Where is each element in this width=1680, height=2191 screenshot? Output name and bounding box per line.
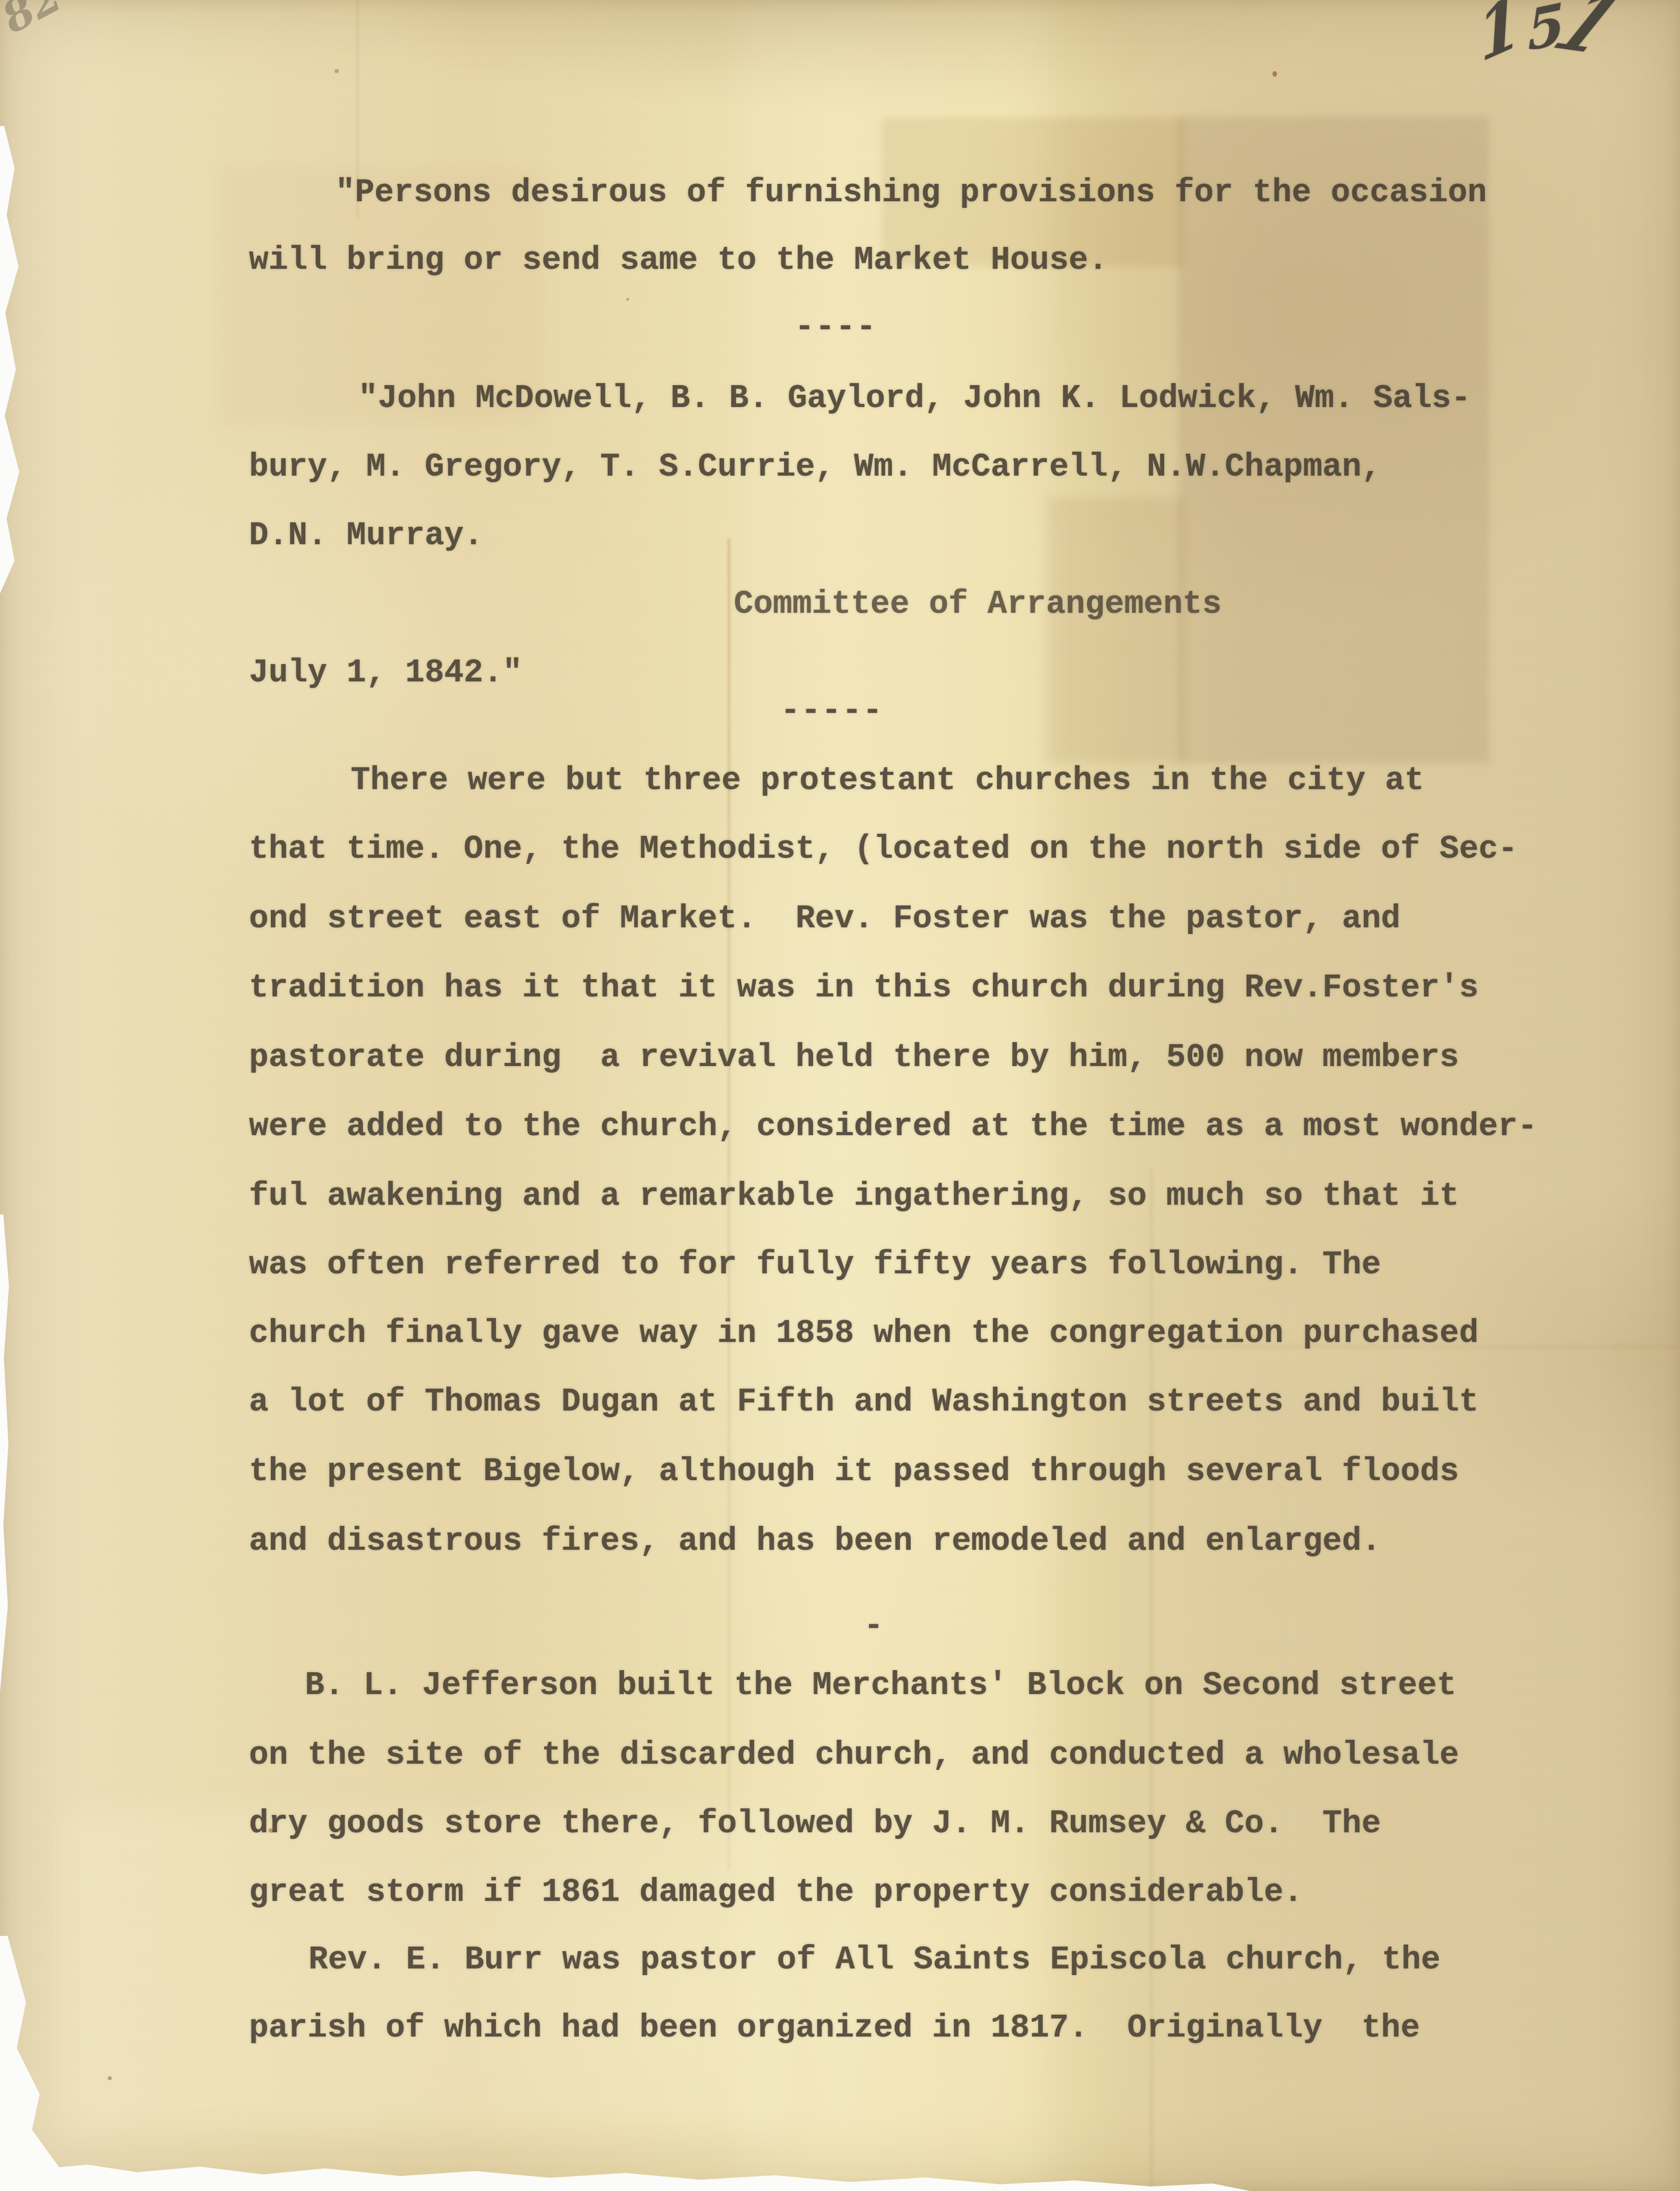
typewritten-line: parish of which had been organized in 18… [249,1994,1420,2063]
paper: "Persons desirous of furnishing provisio… [0,0,1680,2191]
typewritten-line: Committee of Arrangements [734,570,1222,639]
typewritten-line: tradition has it that it was in this chu… [249,954,1479,1023]
typewritten-line: the present Bigelow, although it passed … [249,1437,1459,1507]
typewritten-line: dry goods store there, followed by J. M.… [249,1790,1381,1859]
typewritten-line: bury, M. Gregory, T. S.Currie, Wm. McCar… [249,433,1381,502]
typewritten-line: "John McDowell, B. B. Gaylord, John K. L… [358,364,1471,433]
typewritten-line: church finally gave way in 1858 when the… [249,1299,1479,1368]
typewritten-line: July 1, 1842." [249,639,522,708]
typewritten-line: pastorate during a revival held there by… [249,1023,1459,1092]
typewritten-line: "Persons desirous of furnishing provisio… [335,159,1487,228]
typewritten-line: ond street east of Market. Rev. Foster w… [249,885,1401,954]
typewritten-line: great storm if 1861 damaged the property… [249,1858,1303,1927]
typewritten-line: will bring or send same to the Market Ho… [249,226,1108,295]
typewritten-line: ful awakening and a remarkable ingatheri… [249,1162,1459,1231]
typewritten-line: Rev. E. Burr was pastor of All Saints Ep… [308,1926,1441,1995]
typewritten-line: B. L. Jefferson built the Merchants' Blo… [305,1651,1456,1720]
separator-line: ----- [781,677,883,746]
typewritten-line: and disastrous fires, and has been remod… [249,1507,1381,1576]
separator-line: - [864,1592,884,1661]
scanned-page: "Persons desirous of furnishing provisio… [0,0,1680,2191]
typewritten-line: on the site of the discarded church, and… [249,1721,1459,1790]
separator-line: ---- [795,293,877,362]
typewritten-line: were added to the church, considered at … [249,1092,1537,1162]
handwritten-digit: 1 [1475,0,1529,73]
typewritten-line: that time. One, the Methodist, (located … [249,815,1517,884]
typewritten-line: There were but three protestant churches… [351,746,1424,816]
typewritten-line: was often referred to for fully fifty ye… [249,1231,1381,1300]
typewritten-text: "Persons desirous of furnishing provisio… [0,0,1680,2191]
typewritten-line: D.N. Murray. [249,502,483,571]
typewritten-line: a lot of Thomas Dugan at Fifth and Washi… [249,1368,1479,1437]
